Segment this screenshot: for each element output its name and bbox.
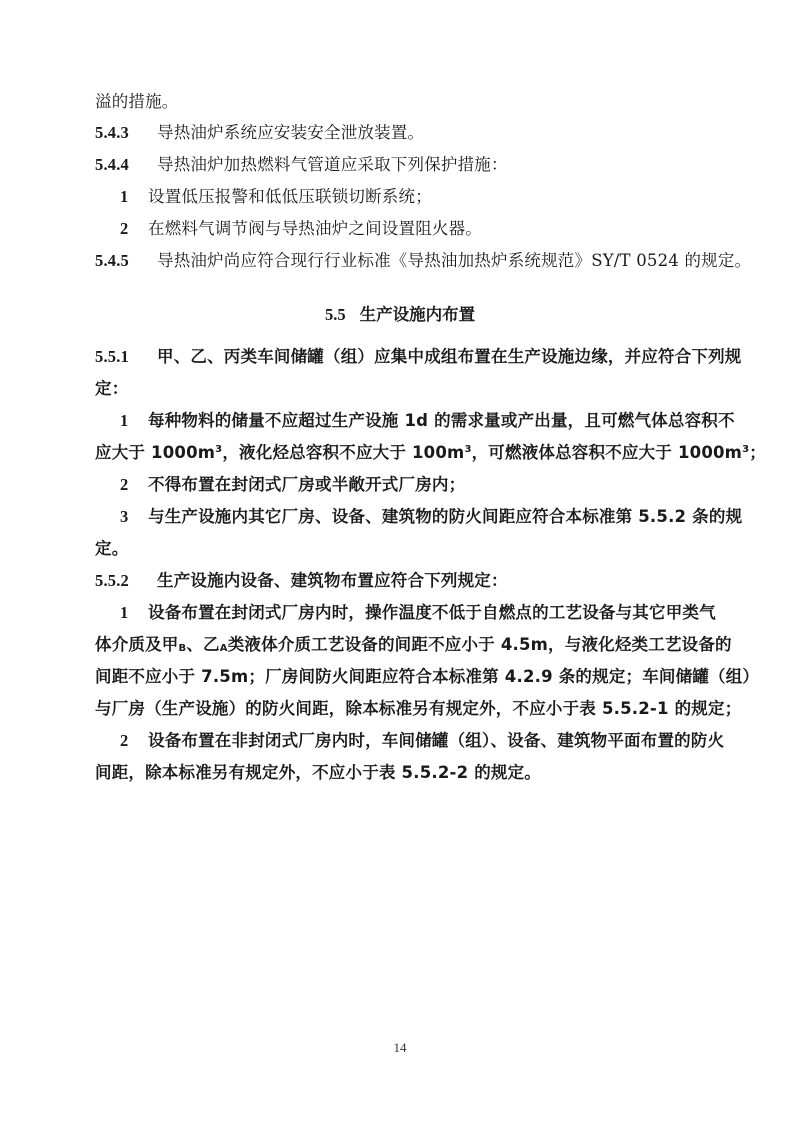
clause-number: 5.5.1 — [95, 347, 157, 367]
superscript: 3 — [464, 444, 471, 455]
clause-5-5-1-item-1-cont: 应大于 1000m3，液化烃总容积不应大于 100m3，可燃液体总容积不应大于 … — [95, 443, 707, 463]
clause-5-5-2-item-1-cont1: 体介质及甲B、乙A类液体介质工艺设备的间距不应小于 4.5m，与液化烃类工艺设备… — [95, 635, 707, 659]
text: ，液化烃总容积不应大于 100m — [222, 443, 464, 462]
clause-5-5-1-item-1: 1每种物料的储量不应超过生产设施 1d 的需求量或产出量，且可燃气体总容积不 — [95, 411, 707, 431]
clause-5-5-2-item-2-cont: 间距，除本标准另有规定外，不应小于表 5.5.2-2 的规定。 — [95, 763, 707, 783]
item-number: 2 — [120, 731, 148, 751]
item-number: 1 — [120, 603, 148, 623]
item-number: 2 — [120, 219, 148, 239]
text: 类液体介质工艺设备的间距不应小于 4.5m，与液化烃类工艺设备的 — [228, 635, 732, 654]
text: 溢的措施。 — [95, 92, 179, 111]
clause-5-5-2-item-2: 2设备布置在非封闭式厂房内时，车间储罐（组）、设备、建筑物平面布置的防火 — [95, 731, 707, 751]
page-number: 14 — [0, 1040, 800, 1056]
clause-5-5-2-item-1-cont3: 与厂房（生产设施）的防火间距，除本标准另有规定外，不应小于表 5.5.2-1 的… — [95, 699, 707, 719]
clause-5-4-3: 5.4.3导热油炉系统应安装安全泄放装置。 — [95, 123, 707, 143]
clause-text: 甲、乙、丙类车间储罐（组）应集中成组布置在生产设施边缘，并应符合下列规 — [157, 347, 742, 366]
item-number: 2 — [120, 475, 148, 495]
clause-5-4-4: 5.4.4导热油炉加热燃料气管道应采取下列保护措施： — [95, 155, 707, 175]
text: 间距，除本标准另有规定外，不应小于表 5.5.2-2 的规定。 — [95, 763, 541, 782]
clause-5-5-2-item-1-cont2: 间距不应小于 7.5m；厂房间防火间距应符合本标准第 4.2.9 条的规定；车间… — [95, 667, 707, 687]
item-number: 1 — [120, 411, 148, 431]
clause-5-5-1-item-3-cont: 定。 — [95, 539, 707, 559]
clause-5-4-5: 5.4.5导热油炉尚应符合现行行业标准《导热油加热炉系统规范》SY/T 0524… — [95, 251, 707, 271]
section-title: 生产设施内布置 — [360, 305, 476, 324]
item-text: 设备布置在封闭式厂房内时，操作温度不低于自燃点的工艺设备与其它甲类气 — [148, 603, 716, 622]
clause-number: 5.4.4 — [95, 155, 157, 175]
item-text: 每种物料的储量不应超过生产设施 1d 的需求量或产出量，且可燃气体总容积不 — [148, 411, 735, 430]
clause-text: 生产设施内设备、建筑物布置应符合下列规定： — [157, 571, 508, 590]
text: 应大于 1000m — [95, 443, 215, 462]
item-text: 设置低压报警和低低压联锁切断系统； — [148, 187, 432, 206]
clause-5-5-2: 5.5.2生产设施内设备、建筑物布置应符合下列规定： — [95, 571, 707, 591]
clause-5-5-1-item-2: 2不得布置在封闭式厂房或半敞开式厂房内； — [95, 475, 707, 495]
text: ，可燃液体总容积不应大于 1000m — [472, 443, 742, 462]
text: 间距不应小于 7.5m；厂房间防火间距应符合本标准第 4.2.9 条的规定；车间… — [95, 667, 759, 686]
paragraph-continuation: 溢的措施。 — [95, 92, 707, 112]
document-page: 溢的措施。 5.4.3导热油炉系统应安装安全泄放装置。 5.4.4导热油炉加热燃… — [0, 0, 800, 1131]
clause-text: 导热油炉尚应符合现行行业标准《导热油加热炉系统规范》SY/T 0524 的规定。 — [157, 251, 751, 270]
text: ； — [749, 443, 766, 462]
text: 体介质及甲 — [95, 635, 179, 654]
clause-number: 5.4.5 — [95, 251, 157, 271]
clause-number: 5.5.2 — [95, 571, 157, 591]
item-text: 与生产设施内其它厂房、设备、建筑物的防火间距应符合本标准第 5.5.2 条的规 — [148, 507, 742, 526]
clause-5-5-2-item-1: 1设备布置在封闭式厂房内时，操作温度不低于自燃点的工艺设备与其它甲类气 — [95, 603, 707, 623]
clause-number: 5.4.3 — [95, 123, 157, 143]
item-text: 不得布置在封闭式厂房或半敞开式厂房内； — [148, 475, 465, 494]
section-number: 5.5 — [325, 305, 346, 325]
item-text: 在燃料气调节阀与导热油炉之间设置阻火器。 — [148, 219, 482, 238]
clause-text: 导热油炉加热燃料气管道应采取下列保护措施： — [157, 155, 508, 174]
text: 定。 — [95, 539, 128, 558]
item-number: 3 — [120, 507, 148, 527]
clause-5-5-1: 5.5.1甲、乙、丙类车间储罐（组）应集中成组布置在生产设施边缘，并应符合下列规 — [95, 347, 707, 367]
item-text: 设备布置在非封闭式厂房内时，车间储罐（组）、设备、建筑物平面布置的防火 — [148, 731, 724, 750]
clause-5-5-1-cont: 定： — [95, 379, 707, 399]
clause-text: 定： — [95, 379, 128, 398]
text: 与厂房（生产设施）的防火间距，除本标准另有规定外，不应小于表 5.5.2-1 的… — [95, 699, 741, 718]
clause-5-4-4-item-2: 2在燃料气调节阀与导热油炉之间设置阻火器。 — [95, 219, 707, 239]
clause-5-5-1-item-3: 3与生产设施内其它厂房、设备、建筑物的防火间距应符合本标准第 5.5.2 条的规 — [95, 507, 707, 527]
text: 、乙 — [186, 635, 219, 654]
section-heading: 5.5生产设施内布置 — [0, 301, 800, 325]
item-number: 1 — [120, 187, 148, 207]
clause-text: 导热油炉系统应安装安全泄放装置。 — [157, 123, 424, 142]
subscript: A — [220, 643, 228, 654]
clause-5-4-4-item-1: 1设置低压报警和低低压联锁切断系统； — [95, 187, 707, 207]
